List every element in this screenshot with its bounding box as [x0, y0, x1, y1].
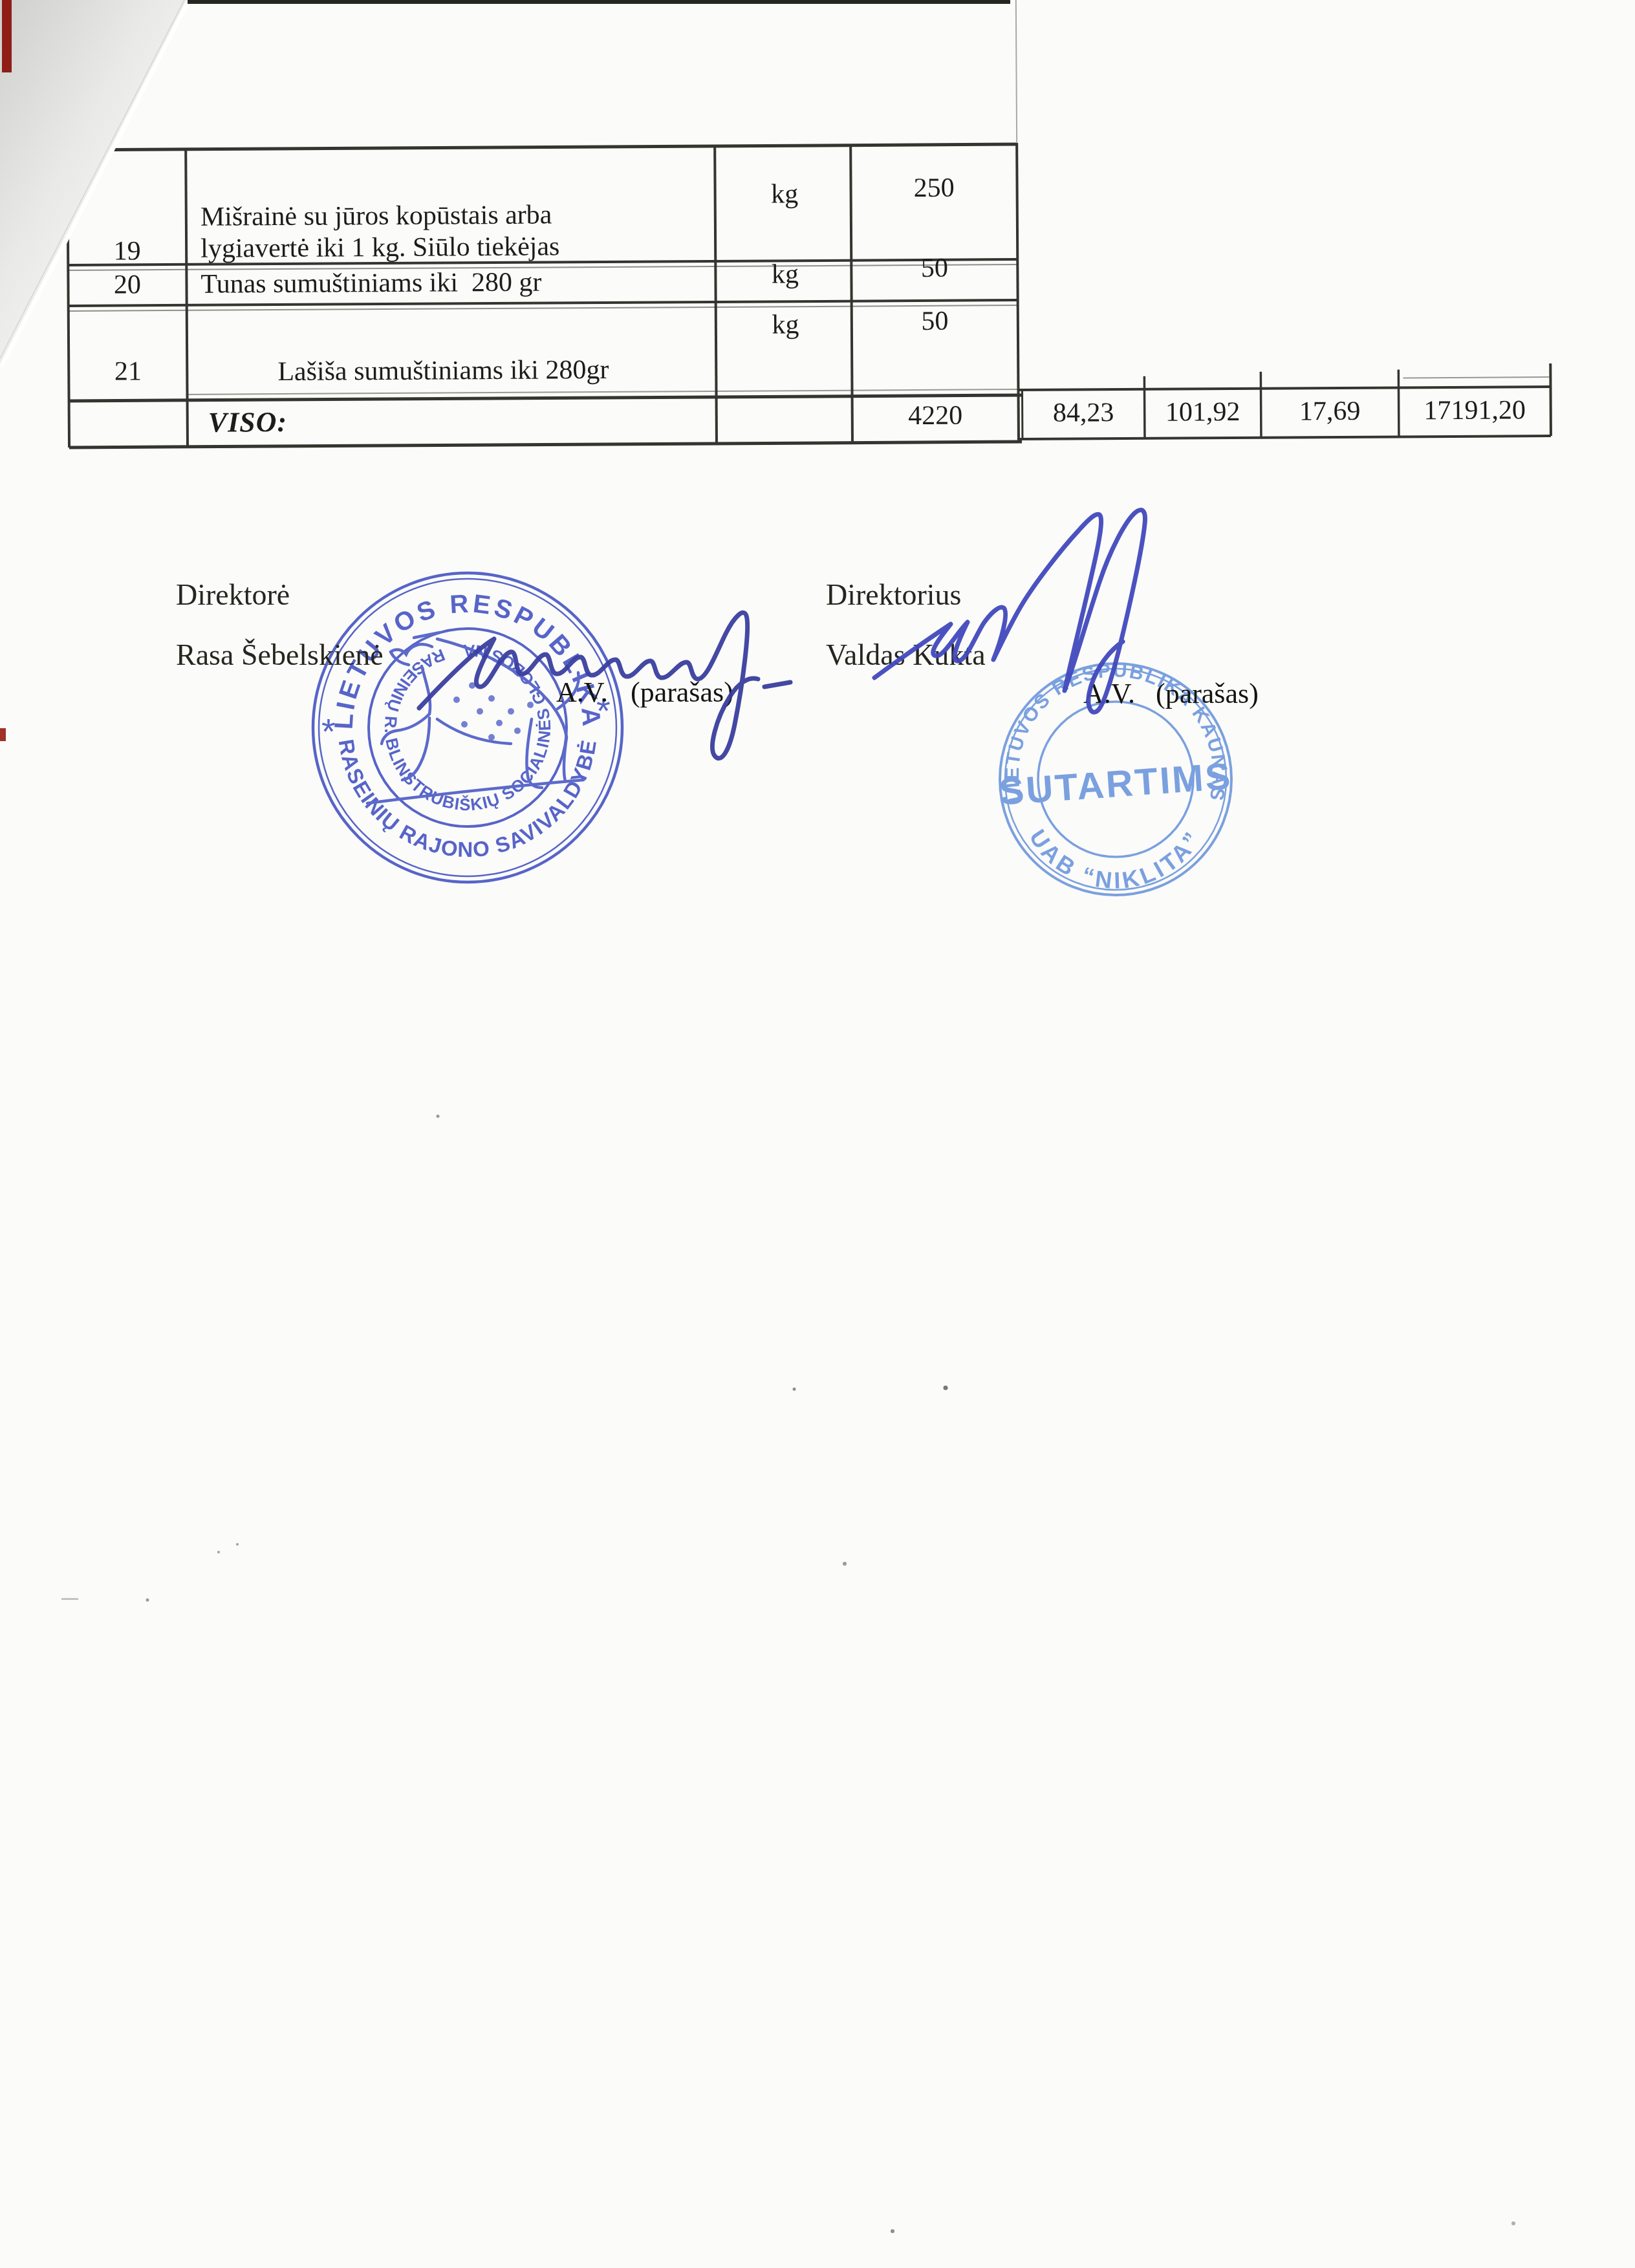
scanned-document-page: 19 Mišrainė su jūros kopūstais arba lygi… — [0, 0, 1635, 2268]
signature-right — [874, 510, 1145, 713]
signature-left — [419, 612, 790, 758]
